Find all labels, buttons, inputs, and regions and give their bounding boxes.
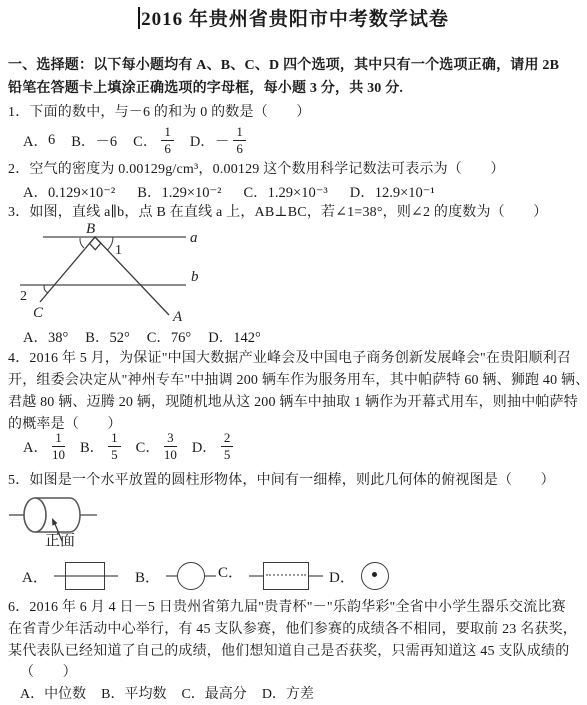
q5-option-b: B． <box>135 556 216 596</box>
top-view-circle-with-dot-icon <box>361 561 389 591</box>
text-cursor-icon <box>138 7 140 29</box>
q1-option-b-value: －6 <box>95 130 117 151</box>
q2-option-c: C．1.29×10⁻³ <box>244 181 328 202</box>
right-angle-mark <box>90 237 101 250</box>
segment-ba <box>95 237 169 315</box>
fraction-denominator: 6 <box>233 141 246 157</box>
q1-option-a-label: A． <box>23 130 48 151</box>
q4-line-3: 君越 80 辆、迈腾 20 辆，现随机地从这 200 辆车中抽取 1 辆作为开幕… <box>8 391 578 411</box>
q6-option-a: A．中位数 <box>20 683 86 703</box>
q6-line-2: 在省青少年活动中心举行，有 45 支队参赛，他们参赛的成绩各不相同，要取前 23… <box>8 618 577 638</box>
q5-option-d: D． <box>329 556 389 596</box>
q1-option-a-value: 6 <box>48 132 55 149</box>
q5-option-b-label: B． <box>135 566 160 587</box>
q6-line-3: 某代表队已经知道了自己的成绩，他们想知道自己是否获奖，只需再知道这 45 支队成… <box>8 640 569 660</box>
top-view-rectangle-with-line-icon <box>54 561 118 591</box>
q4-option-c-label: C． <box>136 436 160 457</box>
q4-option-c-fraction: 3 10 <box>164 430 177 463</box>
q1-option-c: C． 1 6 <box>133 124 174 157</box>
fraction-numerator: 1 <box>52 430 65 447</box>
q6-line-4: （ ） <box>20 661 77 681</box>
section-instructions-line2: 铅笔在答题卡上填涂正确选项的字母框，每小题 3 分，共 30 分. <box>8 77 403 97</box>
label-point-c: C <box>33 305 44 321</box>
q1-option-c-fraction: 1 6 <box>161 124 174 157</box>
q4-option-d-label: D． <box>192 436 217 457</box>
fraction-denominator: 6 <box>161 141 174 157</box>
q5-option-d-label: D． <box>329 566 355 587</box>
q5-options: A． B． C． D． <box>0 556 587 596</box>
q3-option-a: A．38° <box>23 326 68 347</box>
q3-options: A．38° B．52° C．76° D．142° <box>23 326 261 347</box>
fraction-denominator: 5 <box>108 447 121 463</box>
label-point-b: B <box>86 221 95 237</box>
fraction-numerator: 2 <box>221 430 234 447</box>
q6-option-d: D．方差 <box>262 683 314 703</box>
q1-option-a: A． 6 <box>23 130 55 151</box>
q6-option-c: C．最高分 <box>181 683 246 703</box>
q2-stem: 2．空气的密度为 0.00129g/cm³，0.00129 这个数用科学记数法可… <box>8 158 505 178</box>
q1-option-d-sign: － <box>215 130 230 151</box>
q4-option-b-label: B． <box>80 436 104 457</box>
q1-option-d-label: D． <box>190 130 215 151</box>
q1-option-d-fraction: 1 6 <box>233 124 246 157</box>
fraction-numerator: 1 <box>108 430 121 447</box>
page-title: 2016 年贵州省贵阳市中考数学试卷 <box>0 4 587 31</box>
section-instructions-line1: 一、选择题：以下每小题均有 A、B、C、D 四个选项，其中只有一个选项正确，请用… <box>8 54 559 74</box>
label-point-a: A <box>172 309 183 325</box>
q1-option-b: B． －6 <box>71 130 117 151</box>
q1-options: A． 6 B． －6 C． 1 6 D． － 1 6 <box>23 121 246 159</box>
q3-figure: a b B C A 1 2 <box>6 221 216 325</box>
q5-stem: 5．如图是一个水平放置的圆柱形物体，中间有一细棒，则此几何体的俯视图是（ ） <box>8 469 555 489</box>
fraction-denominator: 10 <box>52 447 65 463</box>
q5-option-a-label: A． <box>22 566 48 587</box>
cylinder-right-cap <box>70 498 80 532</box>
q1-stem: 1．下面的数中，与－6 的和为 0 的数是（ ） <box>8 101 311 121</box>
label-angle-2: 2 <box>20 289 27 304</box>
q4-option-d-fraction: 2 5 <box>221 430 234 463</box>
q2-options: A．0.129×10⁻² B．1.29×10⁻² C．1.29×10⁻³ D．1… <box>23 181 435 202</box>
q4-option-a-fraction: 1 10 <box>52 430 65 463</box>
cylinder-front-face <box>24 498 46 532</box>
q4-line-2: 开，组委会决定从"神州专车"中抽调 200 辆车作为服务用车，其中帕萨特 60 … <box>8 369 587 389</box>
angle-1-arc <box>107 237 113 250</box>
segment-bc <box>40 237 95 302</box>
q4-line-1: 4．2016 年 5 月，为保证"中国大数据产业峰会及中国电子商务创新发展峰会"… <box>8 347 571 367</box>
front-view-label: 正面 <box>45 529 75 550</box>
label-line-b: b <box>191 269 199 285</box>
q3-option-c: C．76° <box>147 326 191 347</box>
q5-option-c-label: C． <box>218 565 243 581</box>
page-title-text: 2016 年贵州省贵阳市中考数学试卷 <box>141 4 449 31</box>
label-angle-1: 1 <box>115 243 122 258</box>
angle-2-arc <box>44 285 48 293</box>
label-line-a: a <box>190 230 198 246</box>
q6-option-b: B．平均数 <box>101 683 166 703</box>
q4-option-d: D． 2 5 <box>192 430 233 463</box>
q3-option-b: B．52° <box>85 326 129 347</box>
fraction-numerator: 1 <box>233 124 246 141</box>
q1-option-c-label: C． <box>133 130 157 151</box>
top-view-circle-with-line-icon <box>166 561 216 591</box>
angle-left-arc <box>80 238 84 248</box>
q3-option-d: D．142° <box>208 326 261 347</box>
q2-option-b: B．1.29×10⁻² <box>137 181 221 202</box>
q4-options: A． 1 10 B． 1 5 C． 3 10 D． 2 5 <box>23 427 233 465</box>
fraction-numerator: 1 <box>161 124 174 141</box>
fraction-denominator: 5 <box>221 447 234 463</box>
q2-option-d: D．12.9×10⁻¹ <box>350 181 435 202</box>
q2-option-a: A．0.129×10⁻² <box>23 181 115 202</box>
fraction-denominator: 10 <box>164 447 177 463</box>
q4-option-a-label: A． <box>23 436 48 457</box>
q6-options: A．中位数 B．平均数 C．最高分 D．方差 <box>20 683 314 703</box>
q6-line-1: 6．2016 年 6 月 4 日－5 日贵州省第九届"贵青杯"－"乐韵华彩"全省… <box>8 596 566 616</box>
q3-stem: 3．如图，直线 a∥b，点 B 在直线 a 上，AB⊥BC，若∠1=38°，则∠… <box>8 201 547 221</box>
q4-option-a: A． 1 10 <box>23 430 65 463</box>
q1-option-b-label: B． <box>71 130 95 151</box>
q4-option-c: C． 3 10 <box>136 430 177 463</box>
q5-option-a: A． <box>22 556 118 596</box>
q4-option-b-fraction: 1 5 <box>108 430 121 463</box>
q1-option-d: D． － 1 6 <box>190 124 246 157</box>
top-view-rectangle-dotted-line-icon <box>249 561 323 591</box>
fraction-numerator: 3 <box>164 430 177 447</box>
q4-option-b: B． 1 5 <box>80 430 121 463</box>
q5-option-c: C． <box>218 556 323 596</box>
